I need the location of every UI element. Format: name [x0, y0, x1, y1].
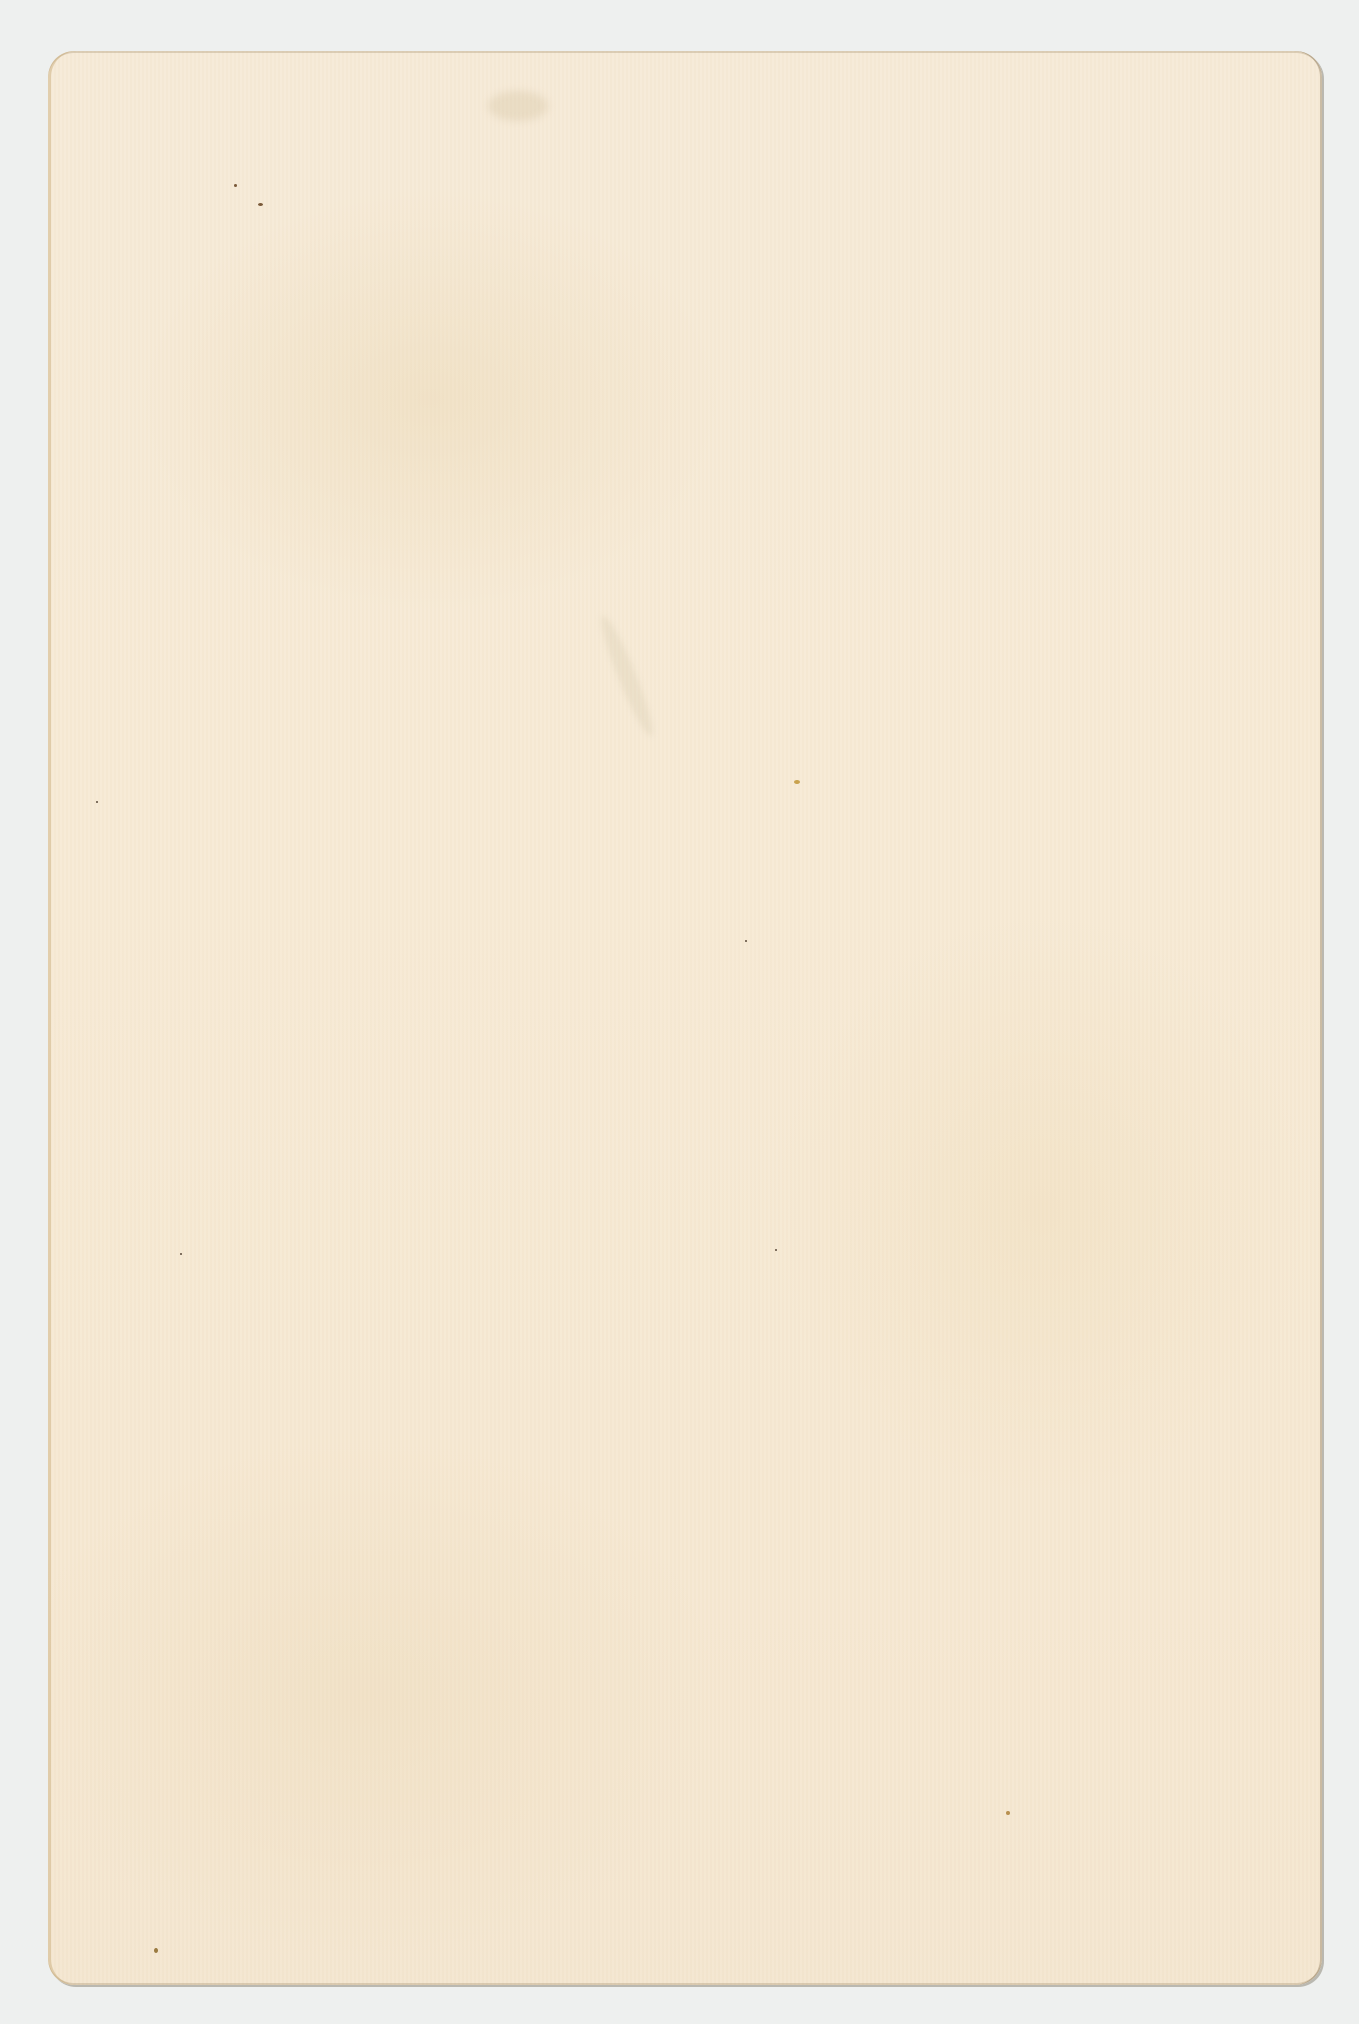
paper-crease [594, 612, 659, 739]
speck-middle [745, 940, 747, 942]
discoloration-top [488, 91, 548, 121]
speck-lower-middle [775, 1249, 777, 1251]
stain-top-left-b [234, 184, 237, 187]
stain-bottom-right [1006, 1811, 1010, 1815]
stain-top-left-a [258, 203, 263, 206]
speck-left [96, 801, 98, 803]
stain-bottom-left [154, 1948, 158, 1953]
stain-middle-right [794, 780, 800, 784]
cabinet-card-back [48, 51, 1322, 1985]
speck-lower-left [180, 1253, 182, 1255]
